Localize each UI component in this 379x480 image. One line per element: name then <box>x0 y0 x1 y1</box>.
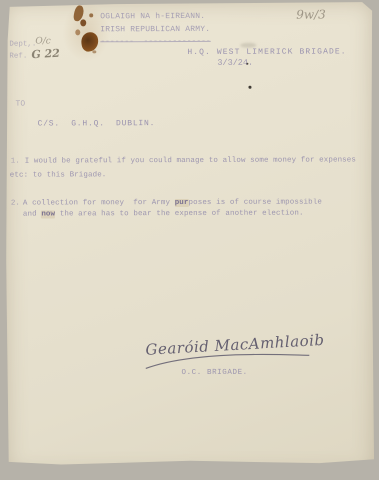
ink-stain-blob <box>92 50 96 53</box>
letterhead-english: IRISH REPUBLICAN ARMY. <box>100 25 210 35</box>
paragraph-2-line-2-end: the area has to bear the expense of anot… <box>55 210 303 219</box>
recipient-line: C/S. G.H.Q. DUBLIN. <box>38 119 156 129</box>
paragraph-1-number: 1. <box>11 158 20 167</box>
paragraph-2-line-2-start: and <box>23 211 41 219</box>
ink-stain-blob <box>75 29 80 35</box>
ink-stain-blob <box>89 13 93 17</box>
paragraph-1-line-1: I would be grateful if you could manage … <box>25 156 356 166</box>
dept-value-handwritten: O/c <box>35 36 50 46</box>
paragraph-2-line-1-start: A collection for money for Army <box>23 199 175 208</box>
letterhead-struck-line: ------- -------------- <box>100 37 210 47</box>
letterhead-irish: OGLAIGH NA h-EIREANN. <box>100 12 205 22</box>
scan-background: OGLAIGH NA h-EIREANN. IRISH REPUBLICAN A… <box>0 0 379 480</box>
paragraph-2-line-2: and now the area has to bear the expense… <box>23 210 304 220</box>
pencil-archive-ref: 9w/3 <box>296 8 326 22</box>
paper-speck <box>246 63 248 65</box>
ref-value-handwritten: G 22 <box>31 47 60 62</box>
hq-line: H.Q. WEST LIMERICK BRIGADE. <box>187 47 346 57</box>
to-label: TO <box>16 100 26 109</box>
paragraph-2-line-1: A collection for money for Army purposes… <box>23 199 322 209</box>
paragraph-1-line-2: etc: to this Brigade. <box>10 171 107 180</box>
paper-speck <box>248 86 251 89</box>
overtyped-word-now: now <box>41 210 55 218</box>
paragraph-2-line-1-end: poses is of course impossible <box>189 199 322 207</box>
overtyped-word-pur: pur <box>175 199 189 207</box>
paragraph-2-number: 2. <box>11 200 20 209</box>
signature-title: O.C. BRIGADE. <box>181 369 247 378</box>
ink-stain-blob <box>80 19 86 26</box>
letter-paper: OGLAIGH NA h-EIREANN. IRISH REPUBLICAN A… <box>4 1 375 474</box>
